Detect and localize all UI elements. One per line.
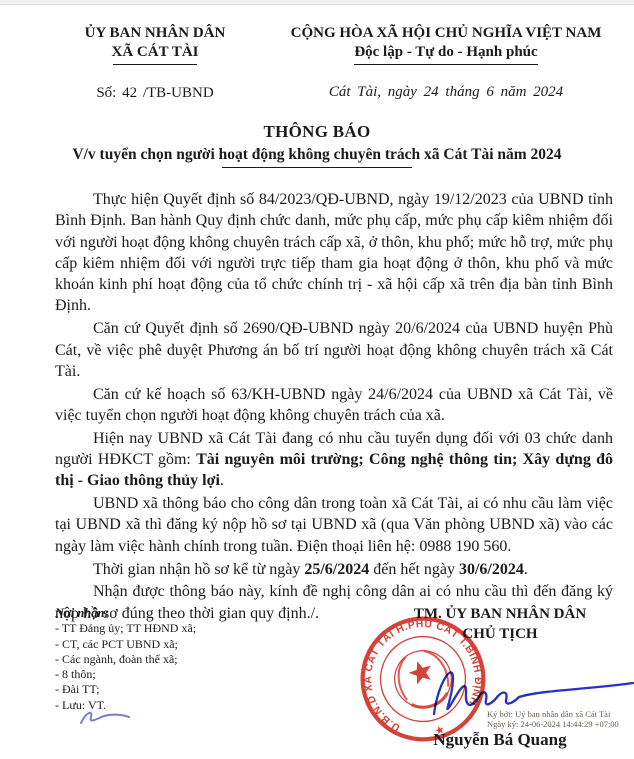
paragraph-6-mid: đến hết ngày [369,561,459,578]
paragraph-6-lead: Thời gian nhận hồ sơ kể từ ngày [93,561,304,578]
motto-line2: Độc lập - Tự do - Hạnh phúc [354,43,537,65]
digital-sign-date: Ngày ký: 24-06-2024 14:44:29 +07:00 [487,720,627,730]
deadline-start-date: 25/6/2024 [304,561,369,578]
recipient-item: - 8 thôn; [55,667,196,682]
paragraph-4-end: . [220,472,224,489]
recipients-title: Nơi nhận: [55,606,196,621]
paragraph-1: Thực hiện Quyết định số 84/2023/QĐ-UBND,… [55,189,613,317]
signer-name: Nguyễn Bá Quang [400,730,600,750]
paragraph-4: Hiện nay UBND xã Cát Tài đang có nhu cầu… [55,428,613,492]
recipient-item: - CT, các PCT UBND xã; [55,637,196,652]
doc-number: Số: 42 /TB-UBND [38,85,272,102]
document-page: ỦY BAN NHÂN DÂN XÃ CÁT TÀI Số: 42 /TB-UB… [0,0,634,759]
signature-initial [78,708,132,726]
issuing-org-line1: ỦY BAN NHÂN DÂN [38,24,272,43]
issuing-org-line2: XÃ CÁT TÀI [38,43,272,62]
dateline: Cát Tài, ngày 24 tháng 6 năm 2024 [278,84,614,101]
paragraph-6: Thời gian nhận hồ sơ kể từ ngày 25/6/202… [55,559,613,580]
header-left-rule [113,64,197,65]
paragraph-6-end: . [524,561,528,578]
document-subtitle: V/v tuyển chọn người hoạt động không chu… [0,146,634,164]
header-issuing-org: ỦY BAN NHÂN DÂN XÃ CÁT TÀI Số: 42 /TB-UB… [38,24,272,102]
recipient-item: - TT Đảng ủy; TT HĐND xã; [55,621,196,636]
recipient-item: - Đài TT; [55,682,196,697]
title-block: THÔNG BÁO V/v tuyển chọn người hoạt động… [0,122,634,168]
digital-signature-info: Ký bởi: Uỷ ban nhân dân xã Cát Tài Ngày … [487,710,627,729]
paragraph-3: Căn cứ kế hoạch số 63/KH-UBND ngày 24/6/… [55,384,613,427]
motto-line1: CỘNG HÒA XÃ HỘI CHỦ NGHĨA VIỆT NAM [278,24,614,43]
title-rule [222,167,412,168]
document-title: THÔNG BÁO [0,122,634,142]
recipients-block: Nơi nhận: - TT Đảng ủy; TT HĐND xã; - CT… [55,606,196,713]
document-body: Thực hiện Quyết định số 84/2023/QĐ-UBND,… [55,189,613,625]
paragraph-2: Căn cứ Quyết định số 2690/QĐ-UBND ngày 2… [55,318,613,382]
window-top-strip [0,0,634,5]
paragraph-5: UBND xã thông báo cho công dân trong toà… [55,493,613,557]
deadline-end-date: 30/6/2024 [459,561,524,578]
recipient-item: - Các ngành, đoàn thể xã; [55,652,196,667]
header-national-motto: CỘNG HÒA XÃ HỘI CHỦ NGHĨA VIỆT NAM Độc l… [278,24,614,101]
